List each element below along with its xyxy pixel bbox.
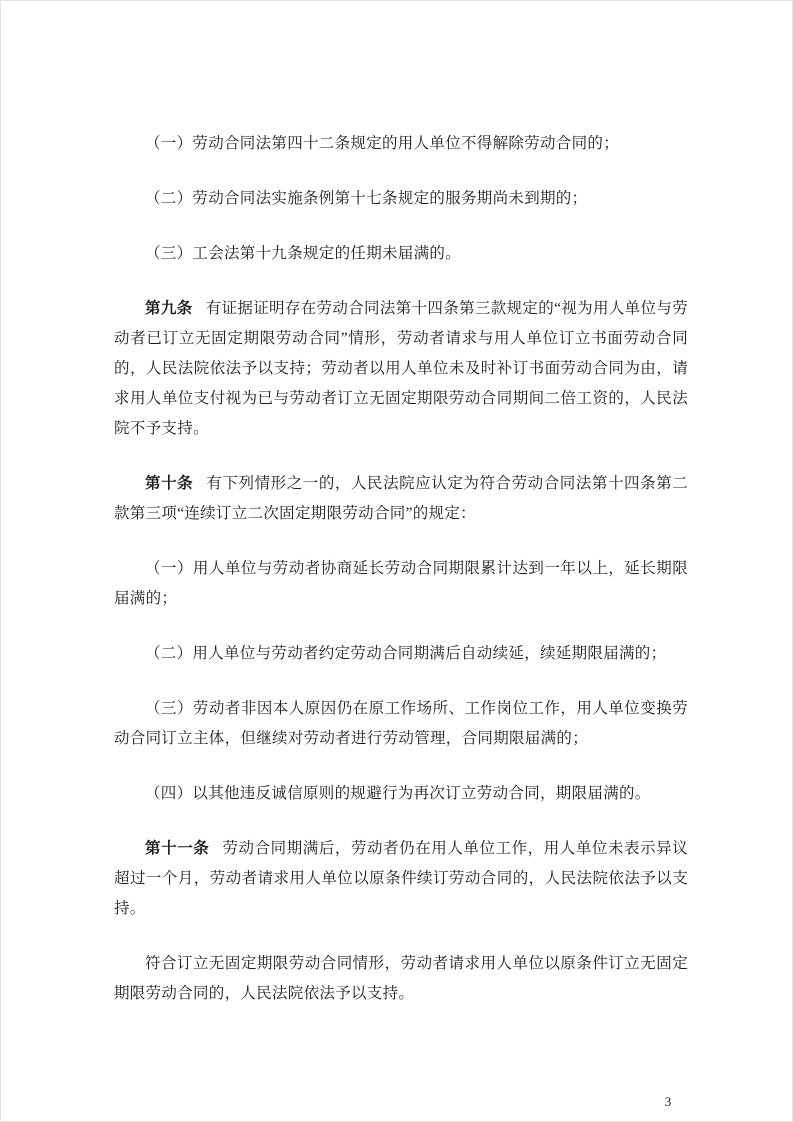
paragraph-6: （一）用人单位与劳动者协商延长劳动合同期限累计达到一年以上，延长期限届满的； bbox=[114, 554, 688, 614]
paragraph-text: （二）用人单位与劳动者约定劳动合同期满后自动续延，续延期限届满的； bbox=[145, 645, 666, 662]
article-number: 第十一条 bbox=[145, 840, 209, 857]
paragraph-text: 符合订立无固定期限劳动合同情形，劳动者请求用人单位以原条件订立无固定期限劳动合同… bbox=[114, 955, 688, 1002]
article-number: 第九条 bbox=[145, 300, 193, 317]
paragraph-2: （二）劳动合同法实施条例第十七条规定的服务期尚未到期的； bbox=[114, 184, 688, 214]
paragraph-5: 第十条有下列情形之一的，人民法院应认定为符合劳动合同法第十四条第二款第三项“连续… bbox=[114, 469, 688, 529]
paragraph-text: （三）劳动者非因本人原因仍在原工作场所、工作岗位工作，用人单位变换劳动合同订立主… bbox=[114, 700, 688, 747]
article-number: 第十条 bbox=[145, 475, 193, 492]
paragraph-9: （四）以其他违反诚信原则的规避行为再次订立劳动合同，期限届满的。 bbox=[114, 779, 688, 809]
paragraph-text: （二）劳动合同法实施条例第十七条规定的服务期尚未到期的； bbox=[145, 190, 587, 207]
paragraph-7: （二）用人单位与劳动者约定劳动合同期满后自动续延，续延期限届满的； bbox=[114, 639, 688, 669]
paragraph-text: （一）用人单位与劳动者协商延长劳动合同期限累计达到一年以上，延长期限届满的； bbox=[114, 560, 688, 607]
paragraph-10: 第十一条劳动合同期满后，劳动者仍在用人单位工作，用人单位未表示异议超过一个月，劳… bbox=[114, 834, 688, 924]
document-body: （一）劳动合同法第四十二条规定的用人单位不得解除劳动合同的；（二）劳动合同法实施… bbox=[114, 129, 688, 1034]
paragraph-text: 有下列情形之一的，人民法院应认定为符合劳动合同法第十四条第二款第三项“连续订立二… bbox=[114, 475, 688, 522]
paragraph-8: （三）劳动者非因本人原因仍在原工作场所、工作岗位工作，用人单位变换劳动合同订立主… bbox=[114, 694, 688, 754]
document-page: （一）劳动合同法第四十二条规定的用人单位不得解除劳动合同的；（二）劳动合同法实施… bbox=[0, 0, 793, 1122]
paragraph-text: 有证据证明存在劳动合同法第十四条第三款规定的“视为用人单位与劳动者已订立无固定期… bbox=[114, 300, 688, 437]
paragraph-4: 第九条有证据证明存在劳动合同法第十四条第三款规定的“视为用人单位与劳动者已订立无… bbox=[114, 294, 688, 444]
page-number: 3 bbox=[656, 1093, 680, 1111]
paragraph-text: （一）劳动合同法第四十二条规定的用人单位不得解除劳动合同的； bbox=[145, 135, 619, 152]
paragraph-1: （一）劳动合同法第四十二条规定的用人单位不得解除劳动合同的； bbox=[114, 129, 688, 159]
paragraph-11: 符合订立无固定期限劳动合同情形，劳动者请求用人单位以原条件订立无固定期限劳动合同… bbox=[114, 949, 688, 1009]
paragraph-text: （四）以其他违反诚信原则的规避行为再次订立劳动合同，期限届满的。 bbox=[145, 785, 651, 802]
paragraph-3: （三）工会法第十九条规定的任期未届满的。 bbox=[114, 239, 688, 269]
paragraph-text: （三）工会法第十九条规定的任期未届满的。 bbox=[145, 245, 461, 262]
